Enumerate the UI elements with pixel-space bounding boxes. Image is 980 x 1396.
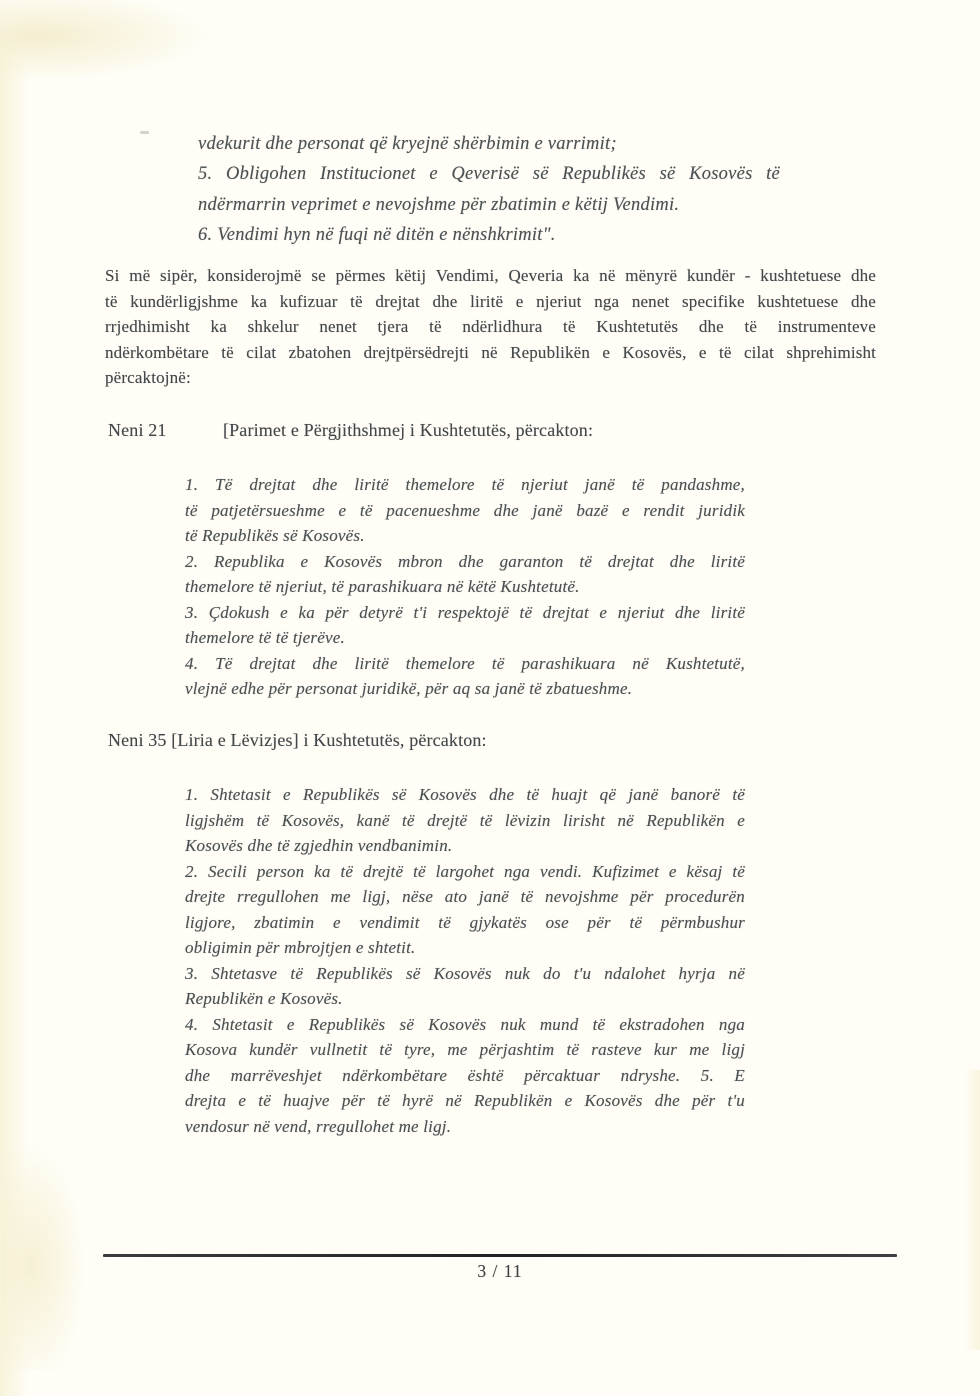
text-line: themelore të njeriut, të parashikuara në… [185, 574, 745, 600]
text-line: Kosovës dhe të zgjedhin vendbanimin. [185, 833, 745, 859]
text-line: ligjore, zbatimin e vendimit të gjykatës… [185, 910, 745, 936]
text-line: 4. Të drejtat dhe liritë themelore të pa… [185, 651, 745, 677]
footer-divider [103, 1254, 897, 1257]
article-21-label: Neni 21 [108, 420, 223, 441]
text-line: 2. Republika e Kosovës mbron dhe garanto… [185, 549, 745, 575]
text-line: Si më sipër, konsiderojmë se përmes këti… [105, 263, 876, 289]
text-line: Kosova kundër vullnetit të tyre, me përj… [185, 1037, 745, 1063]
text-line: 2. Secili person ka të drejtë të largohe… [185, 859, 745, 885]
text-line: 6. Vendimi hyn në fuqi në ditën e nënshk… [198, 220, 780, 250]
scan-smudge-top-left [0, 0, 210, 80]
text-line: 3. Shtetasve të Republikës së Kosovës nu… [185, 961, 745, 987]
text-line: 1. Të drejtat dhe liritë themelore të nj… [185, 472, 745, 498]
page-number: 3 / 11 [103, 1261, 897, 1282]
text-line: themelore të të tjerëve. [185, 625, 745, 651]
article-35-label: Neni 35 [Liria e Lëvizjes] i Kushtetutës… [108, 730, 487, 750]
text-line: 5. Obligohen Institucionet e Qeverisë së… [198, 159, 780, 189]
article-35-quote-block: 1. Shtetasit e Republikës së Kosovës dhe… [185, 782, 745, 1139]
text-line: 3. Çdokush e ka për detyrë t'i respektoj… [185, 600, 745, 626]
article-21-quote-block: 1. Të drejtat dhe liritë themelore të nj… [185, 472, 745, 702]
text-line: drejte rregullohen me ligj, nëse ato jan… [185, 884, 745, 910]
text-line: vlejnë edhe për personat juridikë, për a… [185, 676, 745, 702]
text-line: ligjshëm të Kosovës, kanë të drejtë të l… [185, 808, 745, 834]
text-line: rrjedhimisht ka shkelur nenet tjera të n… [105, 314, 876, 340]
scan-smudge-bottom-left [2, 1140, 87, 1370]
scanned-document-page: vdekurit dhe personat që kryejnë shërbim… [0, 0, 980, 1396]
text-line: përcaktojnë: [105, 365, 876, 391]
main-paragraph: Si më sipër, konsiderojmë se përmes këti… [105, 263, 876, 391]
text-line: vdekurit dhe personat që kryejnë shërbim… [198, 129, 780, 159]
text-line: dhe marrëveshjet ndërkombëtare është për… [185, 1063, 745, 1089]
text-line: ndërkombëtare të cilat zbatohen drejtpër… [105, 340, 876, 366]
text-line: drejta e të huajve për të hyrë në Republ… [185, 1088, 745, 1114]
text-line: obligimin për mbrojtjen e shtetit. [185, 935, 745, 961]
article-35-heading: Neni 35 [Liria e Lëvizjes] i Kushtetutës… [108, 730, 487, 751]
text-line: të patjetërsueshme e të pacenueshme dhe … [185, 498, 745, 524]
text-line: 1. Shtetasit e Republikës së Kosovës dhe… [185, 782, 745, 808]
article-21-title: [Parimet e Përgjithshmej i Kushtetutës, … [223, 420, 593, 440]
article-21-heading: Neni 21[Parimet e Përgjithshmej i Kushte… [108, 420, 593, 441]
text-line: 4. Shtetasit e Republikës së Kosovës nuk… [185, 1012, 745, 1038]
text-line: të kundërligjshme ka kufizuar të drejtat… [105, 289, 876, 315]
intro-quote-block: vdekurit dhe personat që kryejnë shërbim… [198, 129, 780, 251]
text-line: të Republikës së Kosovës. [185, 523, 745, 549]
scan-smudge-left-edge [0, 40, 28, 1396]
text-line: vendosur në vend, rregullohet me ligj. [185, 1114, 745, 1140]
scan-speck [140, 131, 149, 134]
text-line: Republikën e Kosovës. [185, 986, 745, 1012]
text-line: ndërmarrin veprimet e nevojshme për zbat… [198, 190, 780, 220]
scan-smudge-right-edge [964, 1070, 980, 1350]
